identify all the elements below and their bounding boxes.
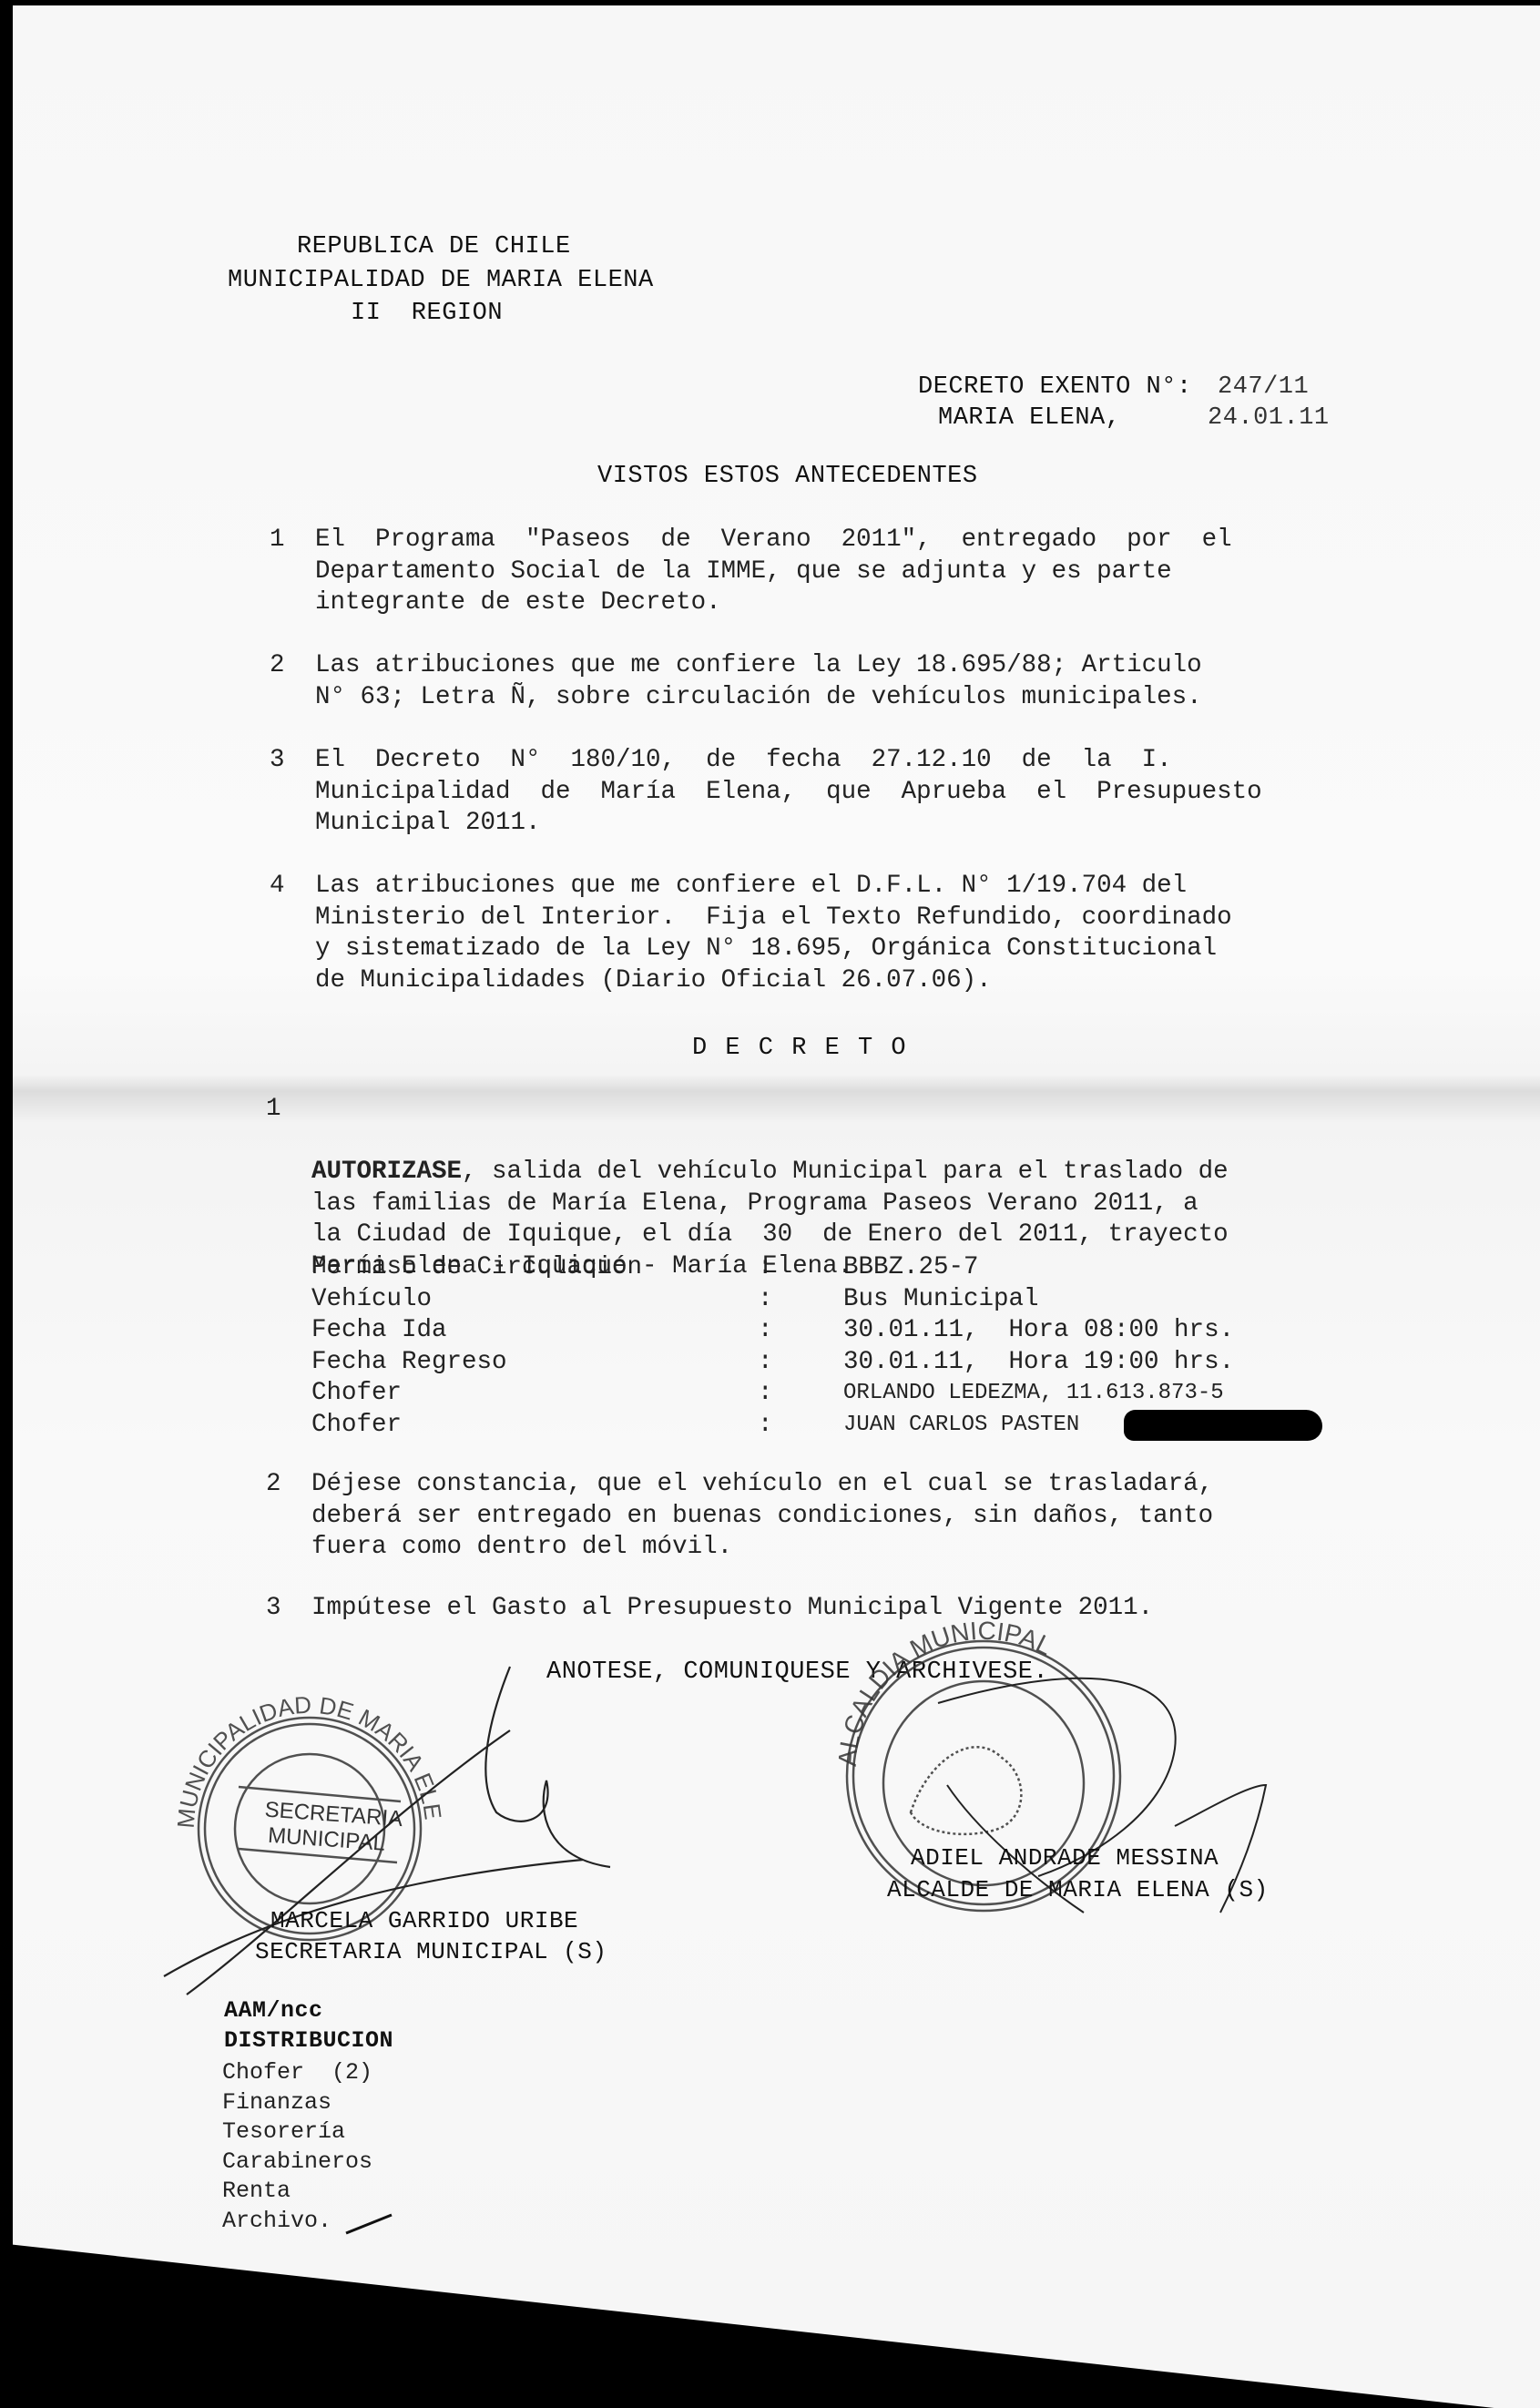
distribution-item: Chofer (2) [222,2057,372,2089]
secretary-title: SECRETARIA MUNICIPAL (S) [255,1938,607,1965]
distribution-item: Archivo. [222,2206,331,2238]
distribution-item: Renta [222,2176,291,2208]
secretary-stamp-ring-text: MUNICIPALIDAD DE MARIA ELENA [0,0,447,1829]
mayor-name: ADIEL ANDRADE MESSINA [911,1844,1219,1872]
initials: AAM/ncc [224,1997,323,2024]
distribution-item: Carabineros [222,2147,372,2178]
distribution-item: Finanzas [222,2087,331,2119]
mayor-title: ALCALDE DE MARIA ELENA (S) [887,1876,1269,1903]
secretary-name: MARCELA GARRIDO URIBE [270,1907,578,1934]
mayor-stamp-ring-text: ALCALDIA MUNICIPAL [833,1617,1057,1768]
distribution-title: DISTRIBUCION [224,2027,393,2054]
distribution-item: Tesorería [222,2117,345,2148]
archive-check-mark [346,2215,392,2233]
